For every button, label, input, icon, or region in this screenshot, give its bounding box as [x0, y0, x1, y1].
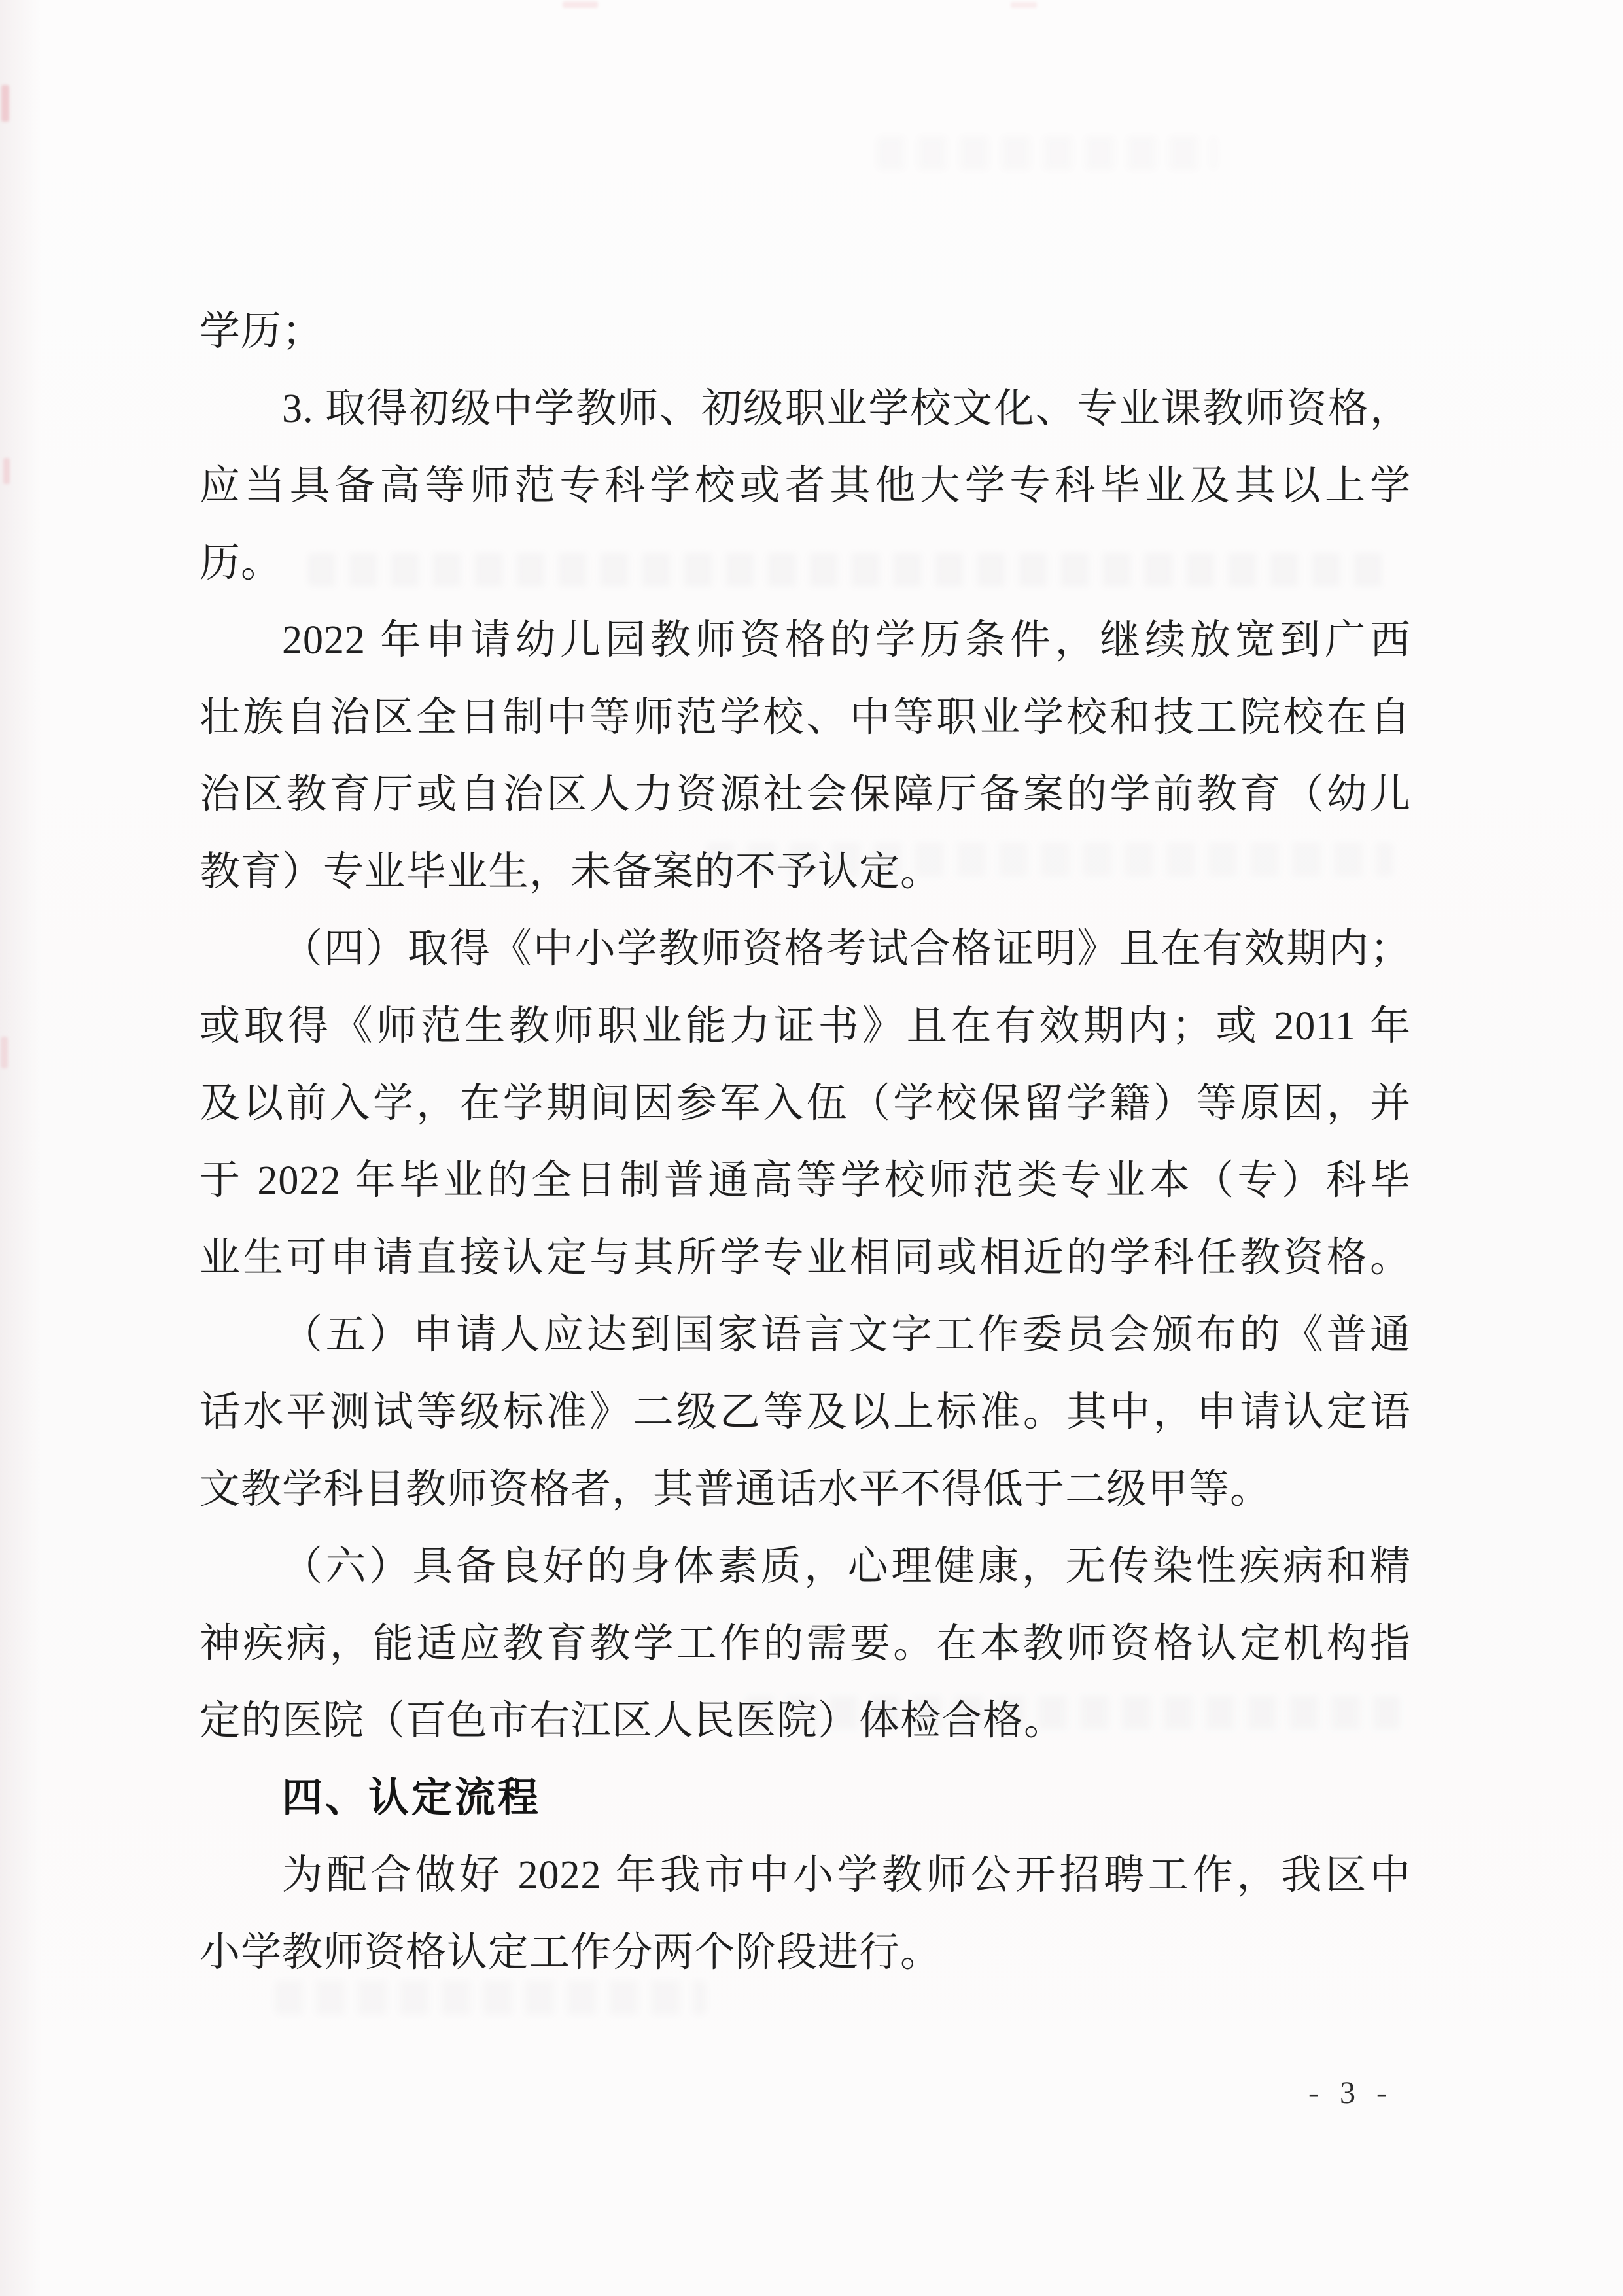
- text-line: （六）具备良好的身体素质，心理健康，无传染性疾病和精: [200, 1528, 1411, 1605]
- text-line: 治区教育厅或自治区人力资源社会保障厅备案的学前教育（幼儿: [200, 756, 1411, 833]
- text-line: 或取得《师范生教师职业能力证书》且在有效期内；或 2011 年: [200, 988, 1411, 1065]
- text-line: 于 2022 年毕业的全日制普通高等学校师范类专业本（专）科毕: [200, 1142, 1411, 1219]
- text-line: 及以前入学，在学期间因参军入伍（学校保留学籍）等原因，并: [200, 1065, 1411, 1142]
- page-number: - 3 -: [1299, 2075, 1403, 2111]
- text-line: 小学教师资格认定工作分两个阶段进行。: [200, 1914, 1411, 1991]
- document-body: 学历；3. 取得初级中学教师、初级职业学校文化、专业课教师资格，应当具备高等师范…: [200, 293, 1411, 1991]
- text-line: 定的医院（百色市右江区人民医院）体检合格。: [200, 1682, 1411, 1760]
- scan-edge-shading: [0, 0, 46, 2296]
- document-page: 学历；3. 取得初级中学教师、初级职业学校文化、专业课教师资格，应当具备高等师范…: [0, 0, 1623, 2296]
- bleedthrough-artifact: [877, 136, 1217, 170]
- section-heading: 四、认定流程: [200, 1760, 1411, 1837]
- text-line: 3. 取得初级中学教师、初级职业学校文化、专业课教师资格，: [200, 370, 1411, 447]
- text-line: 学历；: [200, 293, 1411, 370]
- text-line: 壮族自治区全日制中等师范学校、中等职业学校和技工院校在自: [200, 679, 1411, 756]
- text-line: 为配合做好 2022 年我市中小学教师公开招聘工作，我区中: [200, 1837, 1411, 1914]
- text-line: 神疾病，能适应教育教学工作的需要。在本教师资格认定机构指: [200, 1605, 1411, 1682]
- text-line: 历。: [200, 525, 1411, 602]
- text-line: （五）申请人应达到国家语言文字工作委员会颁布的《普通: [200, 1296, 1411, 1374]
- scan-artifact: [1011, 2, 1037, 8]
- text-line: 业生可申请直接认定与其所学专业相同或相近的学科任教资格。: [200, 1219, 1411, 1296]
- text-line: 应当具备高等师范专科学校或者其他大学专科毕业及其以上学: [200, 447, 1411, 525]
- scan-artifact: [1, 85, 9, 122]
- text-line: 教育）专业毕业生，未备案的不予认定。: [200, 833, 1411, 911]
- scan-artifact: [1, 1037, 8, 1068]
- scan-artifact: [3, 458, 10, 484]
- text-line: （四）取得《中小学教师资格考试合格证明》且在有效期内；: [200, 911, 1411, 988]
- text-line: 2022 年申请幼儿园教师资格的学历条件，继续放宽到广西: [200, 602, 1411, 679]
- scan-artifact: [563, 1, 598, 8]
- text-line: 文教学科目教师资格者，其普通话水平不得低于二级甲等。: [200, 1451, 1411, 1528]
- text-line: 话水平测试等级标准》二级乙等及以上标准。其中，申请认定语: [200, 1374, 1411, 1451]
